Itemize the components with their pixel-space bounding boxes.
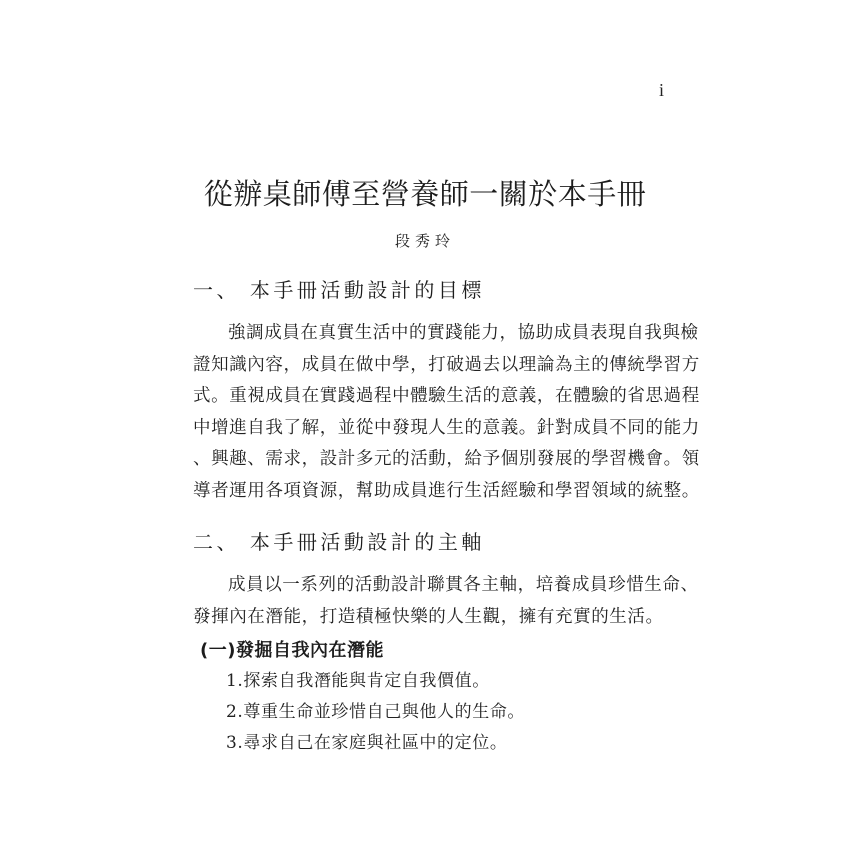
author-name: 段秀玲 <box>0 230 850 251</box>
list-item: 3.尋求自己在家庭與社區中的定位。 <box>226 728 525 759</box>
paragraph-line: 導者運用各項資源，幫助成員進行生活經驗和學習領域的統整。 <box>193 476 663 508</box>
paragraph-line: 成員以一系列的活動設計聯貫各主軸，培養成員珍惜生命、 <box>193 570 663 602</box>
subsection-heading: (一)發掘自我內在潛能 <box>200 636 384 662</box>
list-item: 1.探索自我潛能與肯定自我價值。 <box>226 666 525 697</box>
section-heading-goals: 一、 本手冊活動設計的目標 <box>193 274 485 303</box>
paragraph-line: 中增進自我了解，並從中發現人生的意義。針對成員不同的能力 <box>193 413 663 445</box>
section-paragraph-main-axis: 成員以一系列的活動設計聯貫各主軸，培養成員珍惜生命、 發揮內在潛能，打造積極快樂… <box>193 570 663 633</box>
section-paragraph-goals: 強調成員在真實生活中的實踐能力，協助成員表現自我與檢 證知識內容，成員在做中學，… <box>193 318 663 507</box>
paragraph-line: 式。重視成員在實踐過程中體驗生活的意義，在體驗的省思過程 <box>193 381 663 413</box>
page-number: i <box>659 80 664 101</box>
paragraph-line: 發揮內在潛能，打造積極快樂的人生觀，擁有充實的生活。 <box>193 602 663 634</box>
paragraph-line: 、興趣、需求，設計多元的活動，給予個別發展的學習機會。領 <box>193 444 663 476</box>
paragraph-line: 強調成員在真實生活中的實踐能力，協助成員表現自我與檢 <box>193 318 663 350</box>
paragraph-line: 證知識內容，成員在做中學，打破過去以理論為主的傳統學習方 <box>193 350 663 382</box>
list-item: 2.尊重生命並珍惜自己與他人的生命。 <box>226 697 525 728</box>
section-heading-main-axis: 二、 本手冊活動設計的主軸 <box>193 526 485 555</box>
chapter-title: 從辦桌師傅至營養師一關於本手冊 <box>0 172 850 213</box>
subsection-list: 1.探索自我潛能與肯定自我價值。 2.尊重生命並珍惜自己與他人的生命。 3.尋求… <box>226 666 525 759</box>
